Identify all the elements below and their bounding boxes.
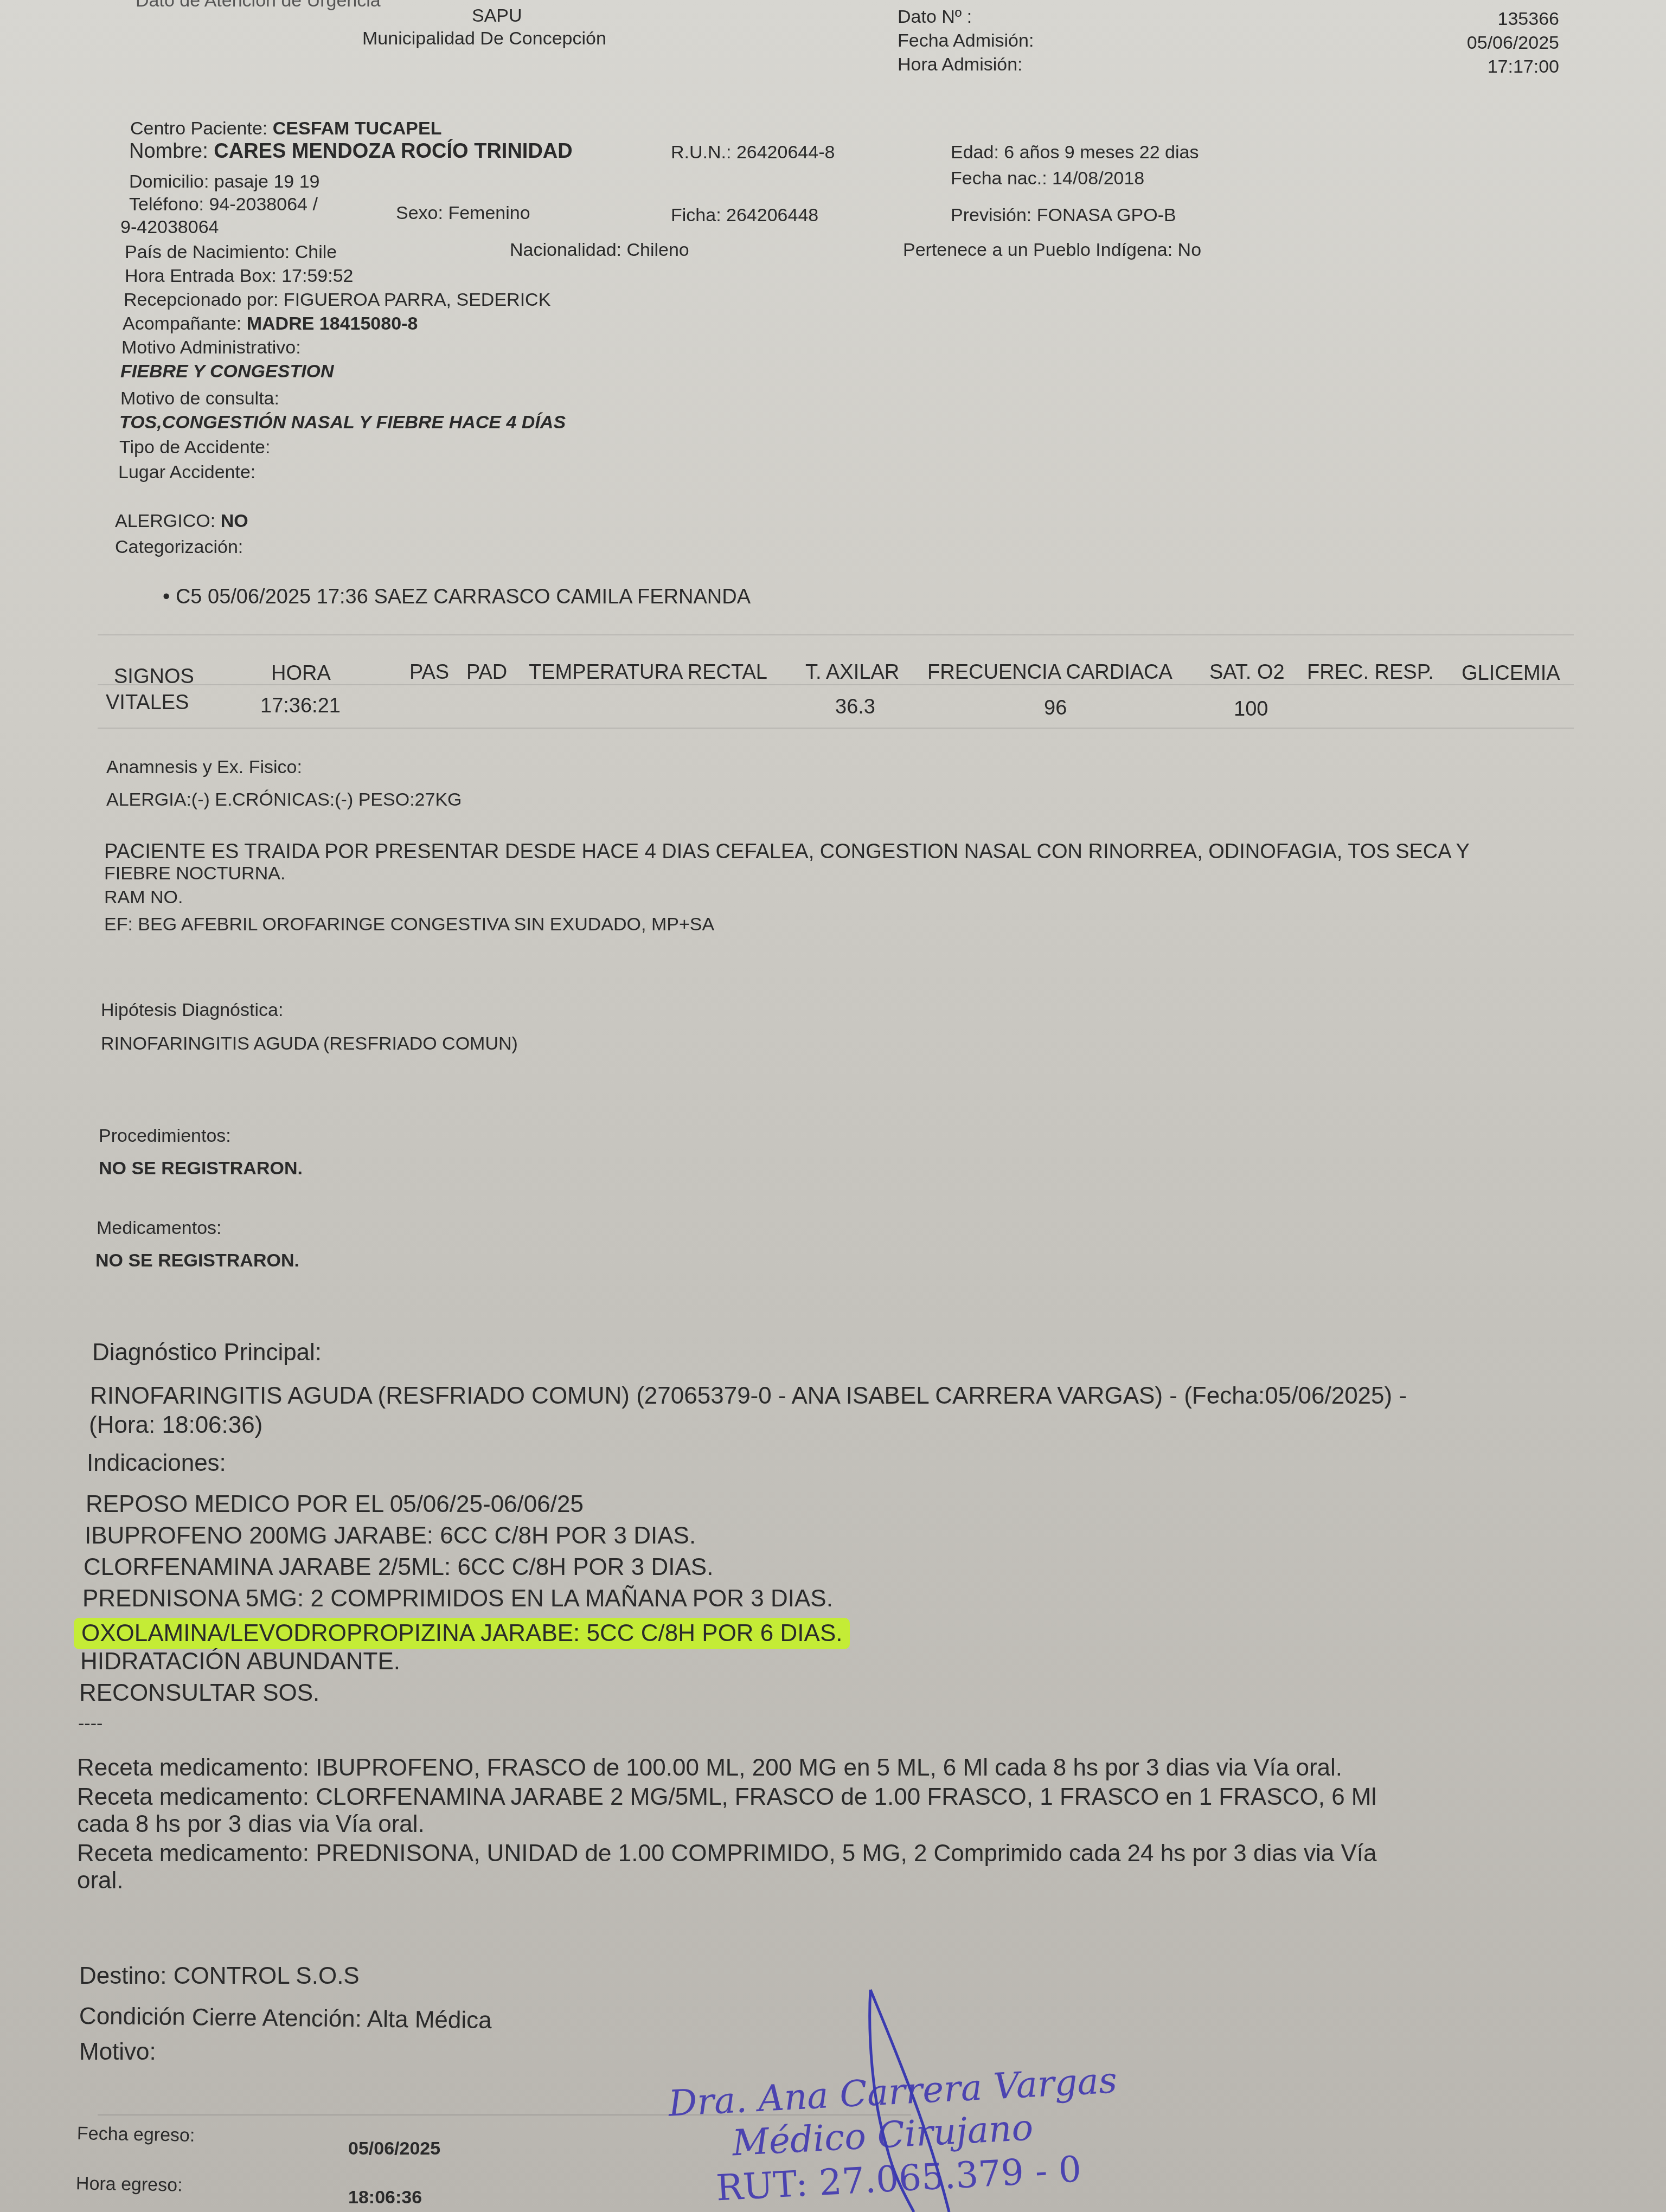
vitals-header-glicemia: GLICEMIA <box>1462 662 1560 685</box>
fecha-admision-label: Fecha Admisión: <box>898 30 1034 52</box>
vitals-header-pas: PAS <box>409 661 449 684</box>
receta-line: Receta medicamento: IBUPROFENO, FRASCO d… <box>77 1754 1342 1782</box>
indicacion-item: IBUPROFENO 200MG JARABE: 6CC C/8H POR 3 … <box>85 1522 696 1549</box>
hora-admision-label: Hora Admisión: <box>898 54 1023 75</box>
patient-ficha: Ficha: 264206448 <box>671 205 818 226</box>
fecha-admision-value: 05/06/2025 <box>1410 33 1559 54</box>
anamnesis-label: Anamnesis y Ex. Fisico: <box>106 757 302 778</box>
medicamentos-value: NO SE REGISTRARON. <box>95 1250 299 1271</box>
procedimientos-value: NO SE REGISTRARON. <box>99 1158 303 1179</box>
indicacion-item-highlighted: OXOLAMINA/LEVODROPROPIZINA JARABE: 5CC C… <box>74 1618 850 1649</box>
bullet-icon: • <box>163 586 170 608</box>
cierre-motivo: Motivo: <box>79 2039 156 2066</box>
patient-edad: Edad: 6 años 9 meses 22 dias <box>951 142 1199 163</box>
diagnostico-line-1: RINOFARINGITIS AGUDA (RESFRIADO COMUN) (… <box>90 1382 1407 1410</box>
dato-value: 135366 <box>1410 9 1559 30</box>
categorizacion-label: Categorización: <box>115 537 243 558</box>
vitals-header-sat-o2: SAT. O2 <box>1209 661 1285 684</box>
indicacion-item: PREDNISONA 5MG: 2 COMPRIMIDOS EN LA MAÑA… <box>82 1585 833 1612</box>
vitals-header-frec-cardiaca: FRECUENCIA CARDIACA <box>927 661 1172 684</box>
diagnostico-line-2: (Hora: 18:06:36) <box>89 1412 262 1439</box>
vitals-value-frec-cardiaca: 96 <box>1044 697 1067 720</box>
medicamentos-label: Medicamentos: <box>97 1218 222 1239</box>
destino: Destino: CONTROL S.O.S <box>79 1963 360 1990</box>
motivo-consulta-label: Motivo de consulta: <box>120 388 279 409</box>
patient-telefono-1: Teléfono: 94-2038064 / <box>129 194 318 215</box>
indicacion-item: REPOSO MEDICO POR EL 05/06/25-06/06/25 <box>86 1491 584 1518</box>
vitals-value-hora: 17:36:21 <box>260 695 341 718</box>
receta-line: oral. <box>77 1867 124 1894</box>
vitals-row-label-2: VITALES <box>106 691 189 715</box>
receta-line: cada 8 hs por 3 dias via Vía oral. <box>77 1811 425 1838</box>
motivo-consulta-value: TOS,CONGESTIÓN NASAL Y FIEBRE HACE 4 DÍA… <box>119 412 566 433</box>
anamnesis-line-3: FIEBRE NOCTURNA. <box>104 863 285 884</box>
receta-line: Receta medicamento: CLORFENAMINA JARABE … <box>77 1784 1376 1811</box>
service-name: SAPU <box>472 5 522 27</box>
vitals-header-frec-resp: FREC. RESP. <box>1307 661 1434 684</box>
hora-entrada-box: Hora Entrada Box: 17:59:52 <box>125 266 354 287</box>
diagnostico-label: Diagnóstico Principal: <box>92 1339 322 1366</box>
motivo-admin-value: FIEBRE Y CONGESTION <box>120 361 334 382</box>
categorizacion-item: • C5 05/06/2025 17:36 SAEZ CARRASCO CAMI… <box>163 586 751 609</box>
vitals-header-hora: HORA <box>271 662 331 685</box>
hora-egreso-label: Hora egreso: <box>76 2173 183 2196</box>
receta-line: Receta medicamento: PREDNISONA, UNIDAD d… <box>77 1840 1376 1867</box>
vitals-header-t-axilar: T. AXILAR <box>805 661 899 684</box>
patient-prevision: Previsión: FONASA GPO-B <box>951 205 1176 226</box>
patient-sexo: Sexo: Femenino <box>396 203 530 224</box>
vitals-header-temp-rectal: TEMPERATURA RECTAL <box>529 661 767 684</box>
indicacion-item: CLORFENAMINA JARABE 2/5ML: 6CC C/8H POR … <box>84 1554 713 1581</box>
patient-pueblo-indigena: Pertenece a un Pueblo Indígena: No <box>903 240 1201 261</box>
patient-name: Nombre: CARES MENDOZA ROCÍO TRINIDAD <box>129 140 573 163</box>
vitals-header-pad: PAD <box>466 661 507 684</box>
vitals-value-t-axilar: 36.3 <box>835 696 875 719</box>
recepcionado-por: Recepcionado por: FIGUEROA PARRA, SEDERI… <box>124 290 550 311</box>
centro-paciente: Centro Paciente: CESFAM TUCAPEL <box>130 118 441 139</box>
patient-pais-nacimiento: País de Nacimiento: Chile <box>125 242 337 263</box>
alergico-value: NO <box>221 511 248 531</box>
lugar-accidente: Lugar Accidente: <box>118 462 255 483</box>
anamnesis-line-2: PACIENTE ES TRAIDA POR PRESENTAR DESDE H… <box>104 840 1470 864</box>
institution-name: Municipalidad De Concepción <box>362 28 606 49</box>
dato-label: Dato Nº : <box>898 7 972 28</box>
centro-label: Centro Paciente: <box>130 118 267 139</box>
fecha-egreso-value: 05/06/2025 <box>348 2138 440 2159</box>
alergico: ALERGICO: NO <box>115 511 248 532</box>
indicacion-item: HIDRATACIÓN ABUNDANTE. <box>80 1648 400 1675</box>
hora-admision-value: 17:17:00 <box>1410 56 1559 78</box>
anamnesis-line-5: EF: BEG AFEBRIL OROFARINGE CONGESTIVA SI… <box>104 914 714 935</box>
motivo-admin-label: Motivo Administrativo: <box>121 337 301 358</box>
procedimientos-label: Procedimientos: <box>99 1126 231 1147</box>
anamnesis-line-4: RAM NO. <box>104 887 183 908</box>
document-title: Dato de Atención de Urgencia <box>136 0 381 11</box>
acompanante: Acompañante: MADRE 18415080-8 <box>123 313 418 335</box>
vitals-value-sat-o2: 100 <box>1234 698 1268 721</box>
alergico-label: ALERGICO: <box>115 511 215 531</box>
fecha-egreso-label: Fecha egreso: <box>77 2123 195 2146</box>
hipotesis-value: RINOFARINGITIS AGUDA (RESFRIADO COMUN) <box>101 1033 518 1054</box>
patient-domicilio: Domicilio: pasaje 19 19 <box>129 171 320 192</box>
condicion-cierre: Condición Cierre Atención: Alta Médica <box>79 2003 492 2034</box>
tipo-accidente: Tipo de Accidente: <box>119 437 270 458</box>
signature-icon <box>862 1984 992 2212</box>
acompanante-label: Acompañante: <box>123 313 241 334</box>
patient-nacionalidad: Nacionalidad: Chileno <box>510 240 689 261</box>
patient-telefono-2: 9-42038064 <box>120 217 219 238</box>
acompanante-value: MADRE 18415080-8 <box>247 313 418 334</box>
patient-fecha-nac: Fecha nac.: 14/08/2018 <box>951 168 1144 189</box>
indicacion-item: RECONSULTAR SOS. <box>79 1680 319 1707</box>
hora-egreso-value: 18:06:36 <box>348 2187 422 2208</box>
indicaciones-label: Indicaciones: <box>87 1450 226 1477</box>
centro-value: CESFAM TUCAPEL <box>273 118 442 139</box>
nombre-label: Nombre: <box>129 140 208 163</box>
patient-run: R.U.N.: 26420644-8 <box>671 142 835 163</box>
anamnesis-line-1: ALERGIA:(-) E.CRÓNICAS:(-) PESO:27KG <box>106 789 462 811</box>
indicaciones-separator: ---- <box>78 1713 102 1734</box>
hipotesis-label: Hipótesis Diagnóstica: <box>101 1000 283 1021</box>
nombre-value: CARES MENDOZA ROCÍO TRINIDAD <box>214 140 572 163</box>
